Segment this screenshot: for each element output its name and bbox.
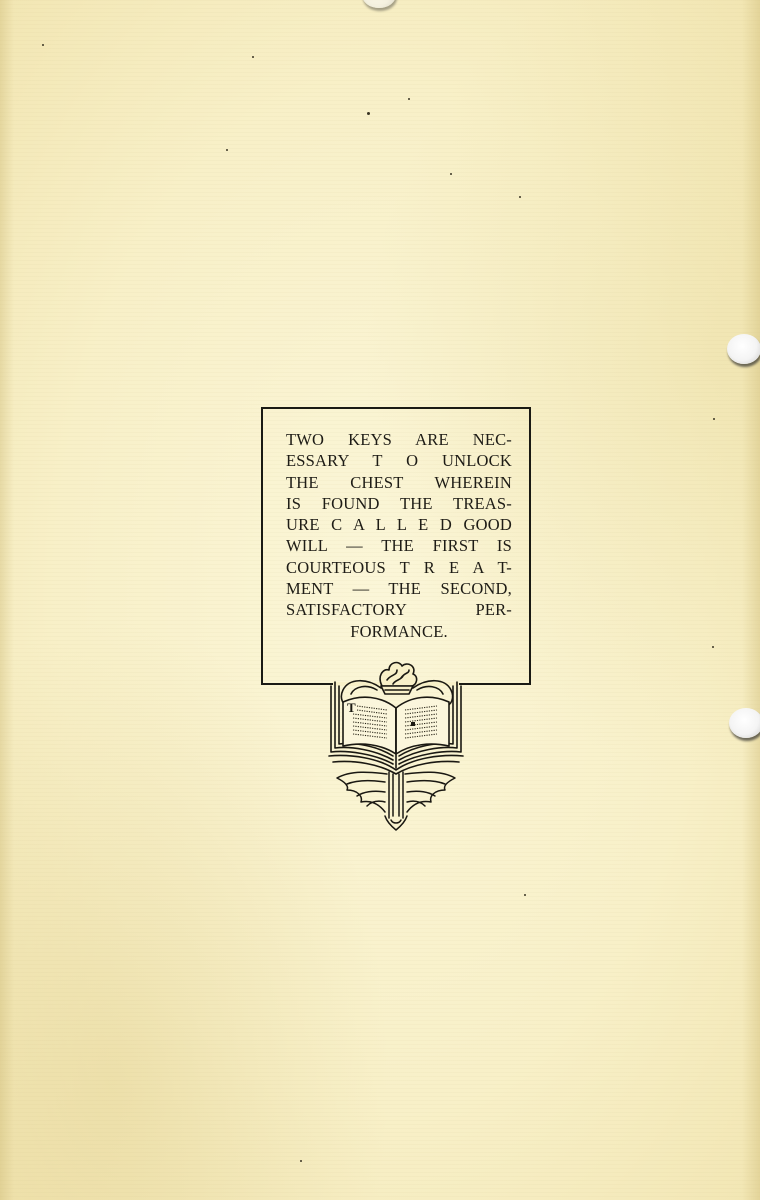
paper-speck	[450, 173, 452, 175]
motto-line: IS FOUND THE TREAS-	[286, 493, 512, 514]
motto-text: TWO KEYS ARE NEC- ESSARY T O UNLOCK THE …	[286, 429, 512, 642]
motto-line: FORMANCE.	[286, 621, 512, 642]
paper-speck	[519, 196, 521, 198]
punch-hole-icon	[729, 708, 760, 738]
motto-line: THE CHEST WHEREIN	[286, 472, 512, 493]
paper-edge-stain-right	[742, 0, 760, 1200]
paper-speck	[712, 646, 714, 648]
paper-speck	[408, 98, 410, 100]
paper-speck	[367, 112, 370, 115]
motto-line: MENT — THE SECOND,	[286, 578, 512, 599]
paper-speck	[524, 894, 526, 896]
punch-hole-icon	[362, 0, 396, 8]
paper-speck	[252, 56, 254, 58]
motto-box: TWO KEYS ARE NEC- ESSARY T O UNLOCK THE …	[261, 407, 531, 685]
paper-edge-stain-left	[0, 0, 14, 1200]
paper-speck	[226, 149, 228, 151]
paper-speck	[42, 44, 44, 46]
motto-line: COURTEOUS T R E A T-	[286, 557, 512, 578]
open-book-with-torch-and-wings-icon: T	[327, 656, 465, 832]
paper-speck	[300, 1160, 302, 1162]
motto-line: WILL — THE FIRST IS	[286, 535, 512, 556]
motto-line: SATISFACTORY PER-	[286, 599, 512, 620]
motto-line: URE C A L L E D GOOD	[286, 514, 512, 535]
svg-text:T: T	[347, 700, 356, 715]
punch-hole-icon	[727, 334, 760, 364]
paper-speck	[713, 418, 715, 420]
motto-line: TWO KEYS ARE NEC-	[286, 429, 512, 450]
motto-line: ESSARY T O UNLOCK	[286, 450, 512, 471]
